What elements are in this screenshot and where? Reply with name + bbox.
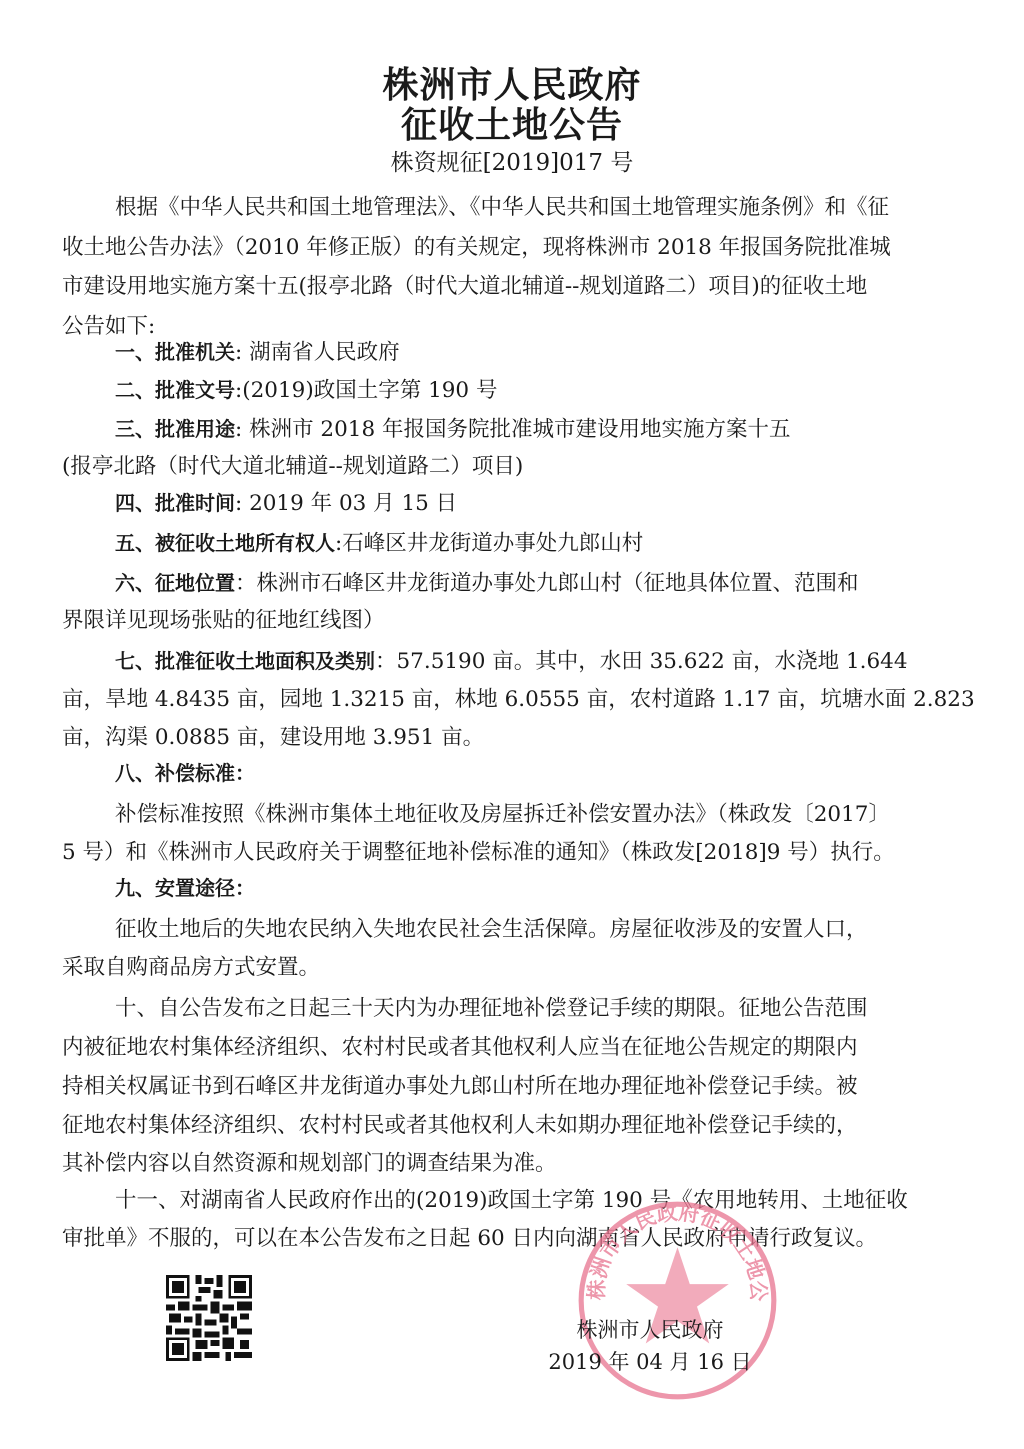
item-approval-date: 四、批准时间: 2019 年 03 月 15 日 <box>115 488 457 519</box>
item-approval-purpose-cont: (报亭北路（时代大道北辅道--规划道路二）项目) <box>62 452 523 482</box>
signature-issuer: 株洲市人民政府 <box>530 1316 770 1344</box>
item-value: :(2019)政国土字第 190 号 <box>235 378 497 403</box>
item-value: ：株洲市石峰区井龙街道办事处九郎山村（征地具体位置、范围和 <box>235 571 859 596</box>
review-line-1: 十一、对湖南省人民政府作出的(2019)政国土字第 190 号《农用地转用、土地… <box>115 1186 908 1216</box>
registration-line-3: 持相关权属证书到石峰区井龙街道办事处九郎山村所在地办理征地补偿登记手续。被 <box>62 1072 858 1102</box>
compensation-line-2: 5 号）和《株洲市人民政府关于调整征地补偿标准的通知》（株政发[2018]9 号… <box>62 838 895 868</box>
item-value: : 湖南省人民政府 <box>235 340 400 365</box>
item-label: 六、征地位置 <box>115 571 235 595</box>
section-compensation-heading: 八、补偿标准： <box>115 758 255 788</box>
section-resettlement-heading: 九、安置途径： <box>115 873 255 903</box>
item-location-cont: 界限详见现场张贴的征地红线图） <box>62 606 385 636</box>
item-label: 七、批准征收土地面积及类别 <box>115 649 375 673</box>
resettlement-line-1: 征收土地后的失地农民纳入失地农民社会生活保障。房屋征收涉及的安置人口， <box>115 915 868 945</box>
item-area-cont-2: 亩，沟渠 0.0885 亩，建设用地 3.951 亩。 <box>62 723 484 753</box>
document-number: 株资规征[2019]017 号 <box>0 148 1024 178</box>
item-label: 四、批准时间 <box>115 491 235 515</box>
item-land-owner: 五、被征收土地所有权人:石峰区井龙街道办事处九郎山村 <box>115 528 643 559</box>
registration-line-5: 其补偿内容以自然资源和规划部门的调查结果为准。 <box>62 1149 557 1179</box>
item-area: 七、批准征收土地面积及类别：57.5190 亩。其中，水田 35.622 亩，水… <box>115 646 908 677</box>
document-page: 株洲市人民政府 征收土地公告 株资规征[2019]017 号 根据《中华人民共和… <box>0 0 1024 1449</box>
intro-line-2: 收土地公告办法》（2010 年修正版）的有关规定，现将株洲市 2018 年报国务… <box>62 233 891 263</box>
compensation-line-1: 补偿标准按照《株洲市集体土地征收及房屋拆迁补偿安置办法》（株政发〔2017〕 <box>115 800 890 830</box>
item-value: : 株洲市 2018 年报国务院批准城市建设用地实施方案十五 <box>235 417 790 442</box>
registration-line-4: 征地农村集体经济组织、农村村民或者其他权利人未如期办理征地补偿登记手续的， <box>62 1111 858 1141</box>
item-label: 二、批准文号 <box>115 378 235 402</box>
item-value: : 2019 年 03 月 15 日 <box>235 491 457 516</box>
item-label: 五、被征收土地所有权人 <box>115 531 335 555</box>
registration-line-2: 内被征地农村集体经济组织、农村村民或者其他权利人应当在征地公告规定的期限内 <box>62 1033 858 1063</box>
item-value: :石峰区井龙街道办事处九郎山村 <box>335 531 643 556</box>
item-area-cont-1: 亩，旱地 4.8435 亩，园地 1.3215 亩，林地 6.0555 亩，农村… <box>62 685 975 715</box>
intro-line-1: 根据《中华人民共和国土地管理法》、《中华人民共和国土地管理实施条例》和《征 <box>115 193 889 223</box>
signature-date: 2019 年 04 月 16 日 <box>530 1348 770 1376</box>
item-value: ：57.5190 亩。其中，水田 35.622 亩，水浇地 1.644 <box>375 649 908 674</box>
title-issuer: 株洲市人民政府 <box>0 66 1024 106</box>
resettlement-line-2: 采取自购商品房方式安置。 <box>62 953 320 983</box>
item-approval-authority: 一、批准机关: 湖南省人民政府 <box>115 337 400 368</box>
qr-code-icon[interactable] <box>166 1275 252 1361</box>
item-label: 三、批准用途 <box>115 417 235 441</box>
registration-line-1: 十、自公告发布之日起三十天内为办理征地补偿登记手续的期限。征地公告范围 <box>115 994 868 1024</box>
item-approval-purpose: 三、批准用途: 株洲市 2018 年报国务院批准城市建设用地实施方案十五 <box>115 414 790 445</box>
title-notice: 征收土地公告 <box>0 106 1024 146</box>
item-label: 一、批准机关 <box>115 340 235 364</box>
item-approval-doc-no: 二、批准文号:(2019)政国土字第 190 号 <box>115 375 497 406</box>
intro-line-3: 市建设用地实施方案十五(报亭北路（时代大道北辅道--规划道路二）项目)的征收土地 <box>62 272 867 302</box>
item-location: 六、征地位置：株洲市石峰区井龙街道办事处九郎山村（征地具体位置、范围和 <box>115 568 859 599</box>
